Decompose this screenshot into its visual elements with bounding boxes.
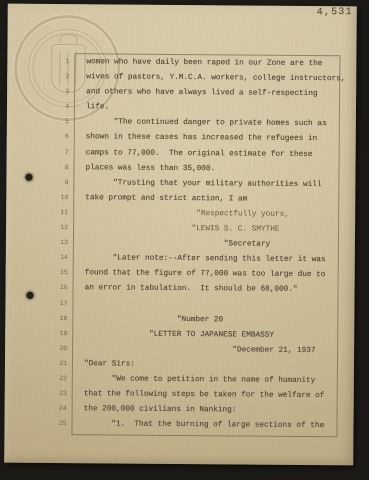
line-number: 2 [7, 70, 69, 86]
line-number: 22 [5, 372, 67, 388]
line-number: 4 [7, 100, 69, 116]
line-number: 17 [5, 296, 67, 312]
seal-crown-shape [59, 34, 77, 43]
line-number: 16 [6, 281, 68, 297]
line-number: 19 [5, 326, 67, 342]
line-text: "Secretary [68, 236, 270, 253]
line-text: "Number 20 [67, 312, 223, 328]
line-number: 23 [5, 387, 67, 403]
line-text: "Dear Sirs: [67, 357, 135, 373]
line-number: 8 [6, 160, 68, 176]
line-text: "LETTER TO JAPANESE EMBASSY [67, 327, 274, 344]
line-number: 20 [5, 341, 67, 357]
line-number: 25 [4, 417, 66, 433]
line-number: 14 [6, 251, 68, 267]
line-text: life. [69, 100, 109, 115]
transcript-lines: 1women who have daily been raped in our … [4, 55, 356, 435]
line-number: 15 [6, 266, 68, 282]
line-number: 11 [6, 206, 68, 222]
line-number: 24 [5, 402, 67, 418]
line-number: 12 [6, 221, 68, 237]
line-text: the 200,000 civilians in Nanking: [67, 402, 237, 418]
document-line: 25 "1. That the burning of large section… [4, 417, 353, 435]
line-text: places was less than 35,000. [68, 161, 215, 177]
line-text: "Respectfully yours, [68, 206, 289, 223]
document-page: 4,531 1women who have daily been raped i… [4, 4, 357, 466]
line-number: 5 [7, 115, 69, 131]
line-text: "1. That the burning of large sections o… [66, 417, 324, 434]
line-number: 10 [6, 190, 68, 206]
line-number: 21 [5, 357, 67, 373]
line-number: 6 [7, 130, 69, 146]
line-number: 9 [6, 175, 68, 191]
line-text: "LEWIS S. C. SMYTHE [68, 221, 280, 238]
line-number: 13 [6, 236, 68, 252]
line-number: 1 [7, 55, 69, 71]
line-number: 7 [7, 145, 69, 161]
exhibit-number: 4,531 [317, 7, 353, 18]
line-number: 18 [5, 311, 67, 327]
scanned-document-photo: { "page": { "exhibit_number": "4,531", "… [0, 0, 369, 480]
line-number: 3 [7, 85, 69, 101]
line-text: take prompt and strict action, I am [68, 191, 247, 207]
line-text: an error in tabulation. It should be 68,… [68, 282, 298, 299]
line-text [67, 297, 84, 312]
